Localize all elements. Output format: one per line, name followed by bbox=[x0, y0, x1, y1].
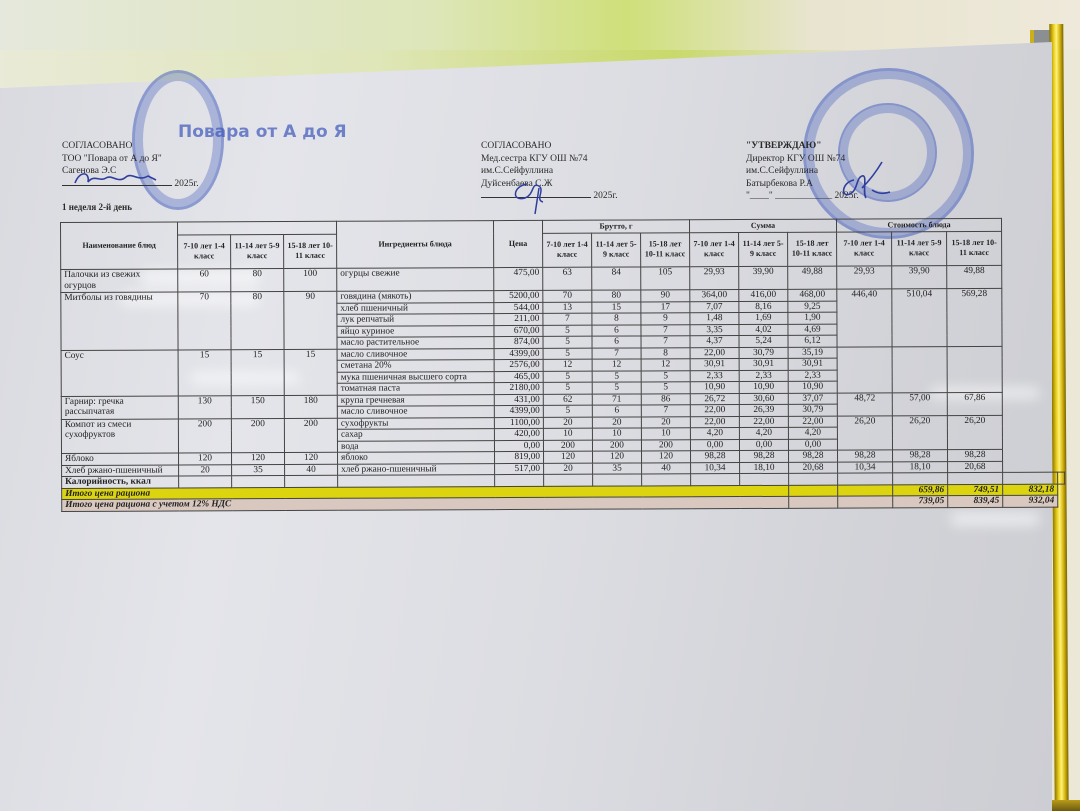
ingredient-name: масло сливочное bbox=[337, 406, 494, 418]
wall-background bbox=[0, 0, 1080, 50]
ingredient-sum: 4,20 bbox=[690, 428, 739, 440]
dish-cost: 26,20 bbox=[947, 415, 1002, 450]
ingredient-brutto: 40 bbox=[642, 462, 691, 474]
ingredient-name: вода bbox=[337, 440, 494, 452]
ingredient-price: 420,00 bbox=[494, 428, 543, 440]
ingredient-sum: 26,39 bbox=[739, 404, 788, 416]
ingredient-sum: 30,79 bbox=[739, 347, 788, 359]
dish-cost: 569,28 bbox=[947, 288, 1002, 346]
header-age-group: 7-10 лет 1-4 класс bbox=[543, 233, 592, 268]
approval-org: ТОО "Повара от А до Я" bbox=[62, 153, 199, 166]
calories-cell bbox=[544, 474, 593, 486]
calories-label: Калорийность, ккал bbox=[62, 476, 179, 488]
ingredient-brutto: 5 bbox=[543, 348, 592, 360]
ingredient-sum: 30,91 bbox=[788, 358, 837, 370]
ingredient-sum: 3,35 bbox=[690, 324, 739, 336]
ingredient-price: 819,00 bbox=[495, 451, 544, 463]
header-age-group: 7-10 лет 1-4 класс bbox=[837, 232, 892, 267]
calories-cell bbox=[691, 474, 740, 486]
dish-cost: 49,88 bbox=[947, 265, 1002, 288]
header-age-group: 11-14 лет 5-9 класс bbox=[892, 231, 947, 266]
ingredient-brutto: 120 bbox=[593, 451, 642, 463]
ingredient-brutto: 10 bbox=[641, 428, 690, 440]
dish-portion: 15 bbox=[231, 349, 284, 395]
ingredient-brutto: 35 bbox=[593, 462, 642, 474]
signature-supplier bbox=[70, 168, 160, 190]
ingredient-price: 5200,00 bbox=[494, 290, 543, 302]
ingredient-brutto: 5 bbox=[543, 382, 592, 394]
dish-cost bbox=[947, 346, 1002, 392]
header-cost: Стоимость блюда bbox=[836, 218, 1001, 231]
ingredient-brutto: 20 bbox=[641, 416, 690, 428]
dish-cost: 18,10 bbox=[893, 461, 948, 473]
calories-cell bbox=[232, 476, 285, 488]
signature-director bbox=[832, 158, 892, 208]
ingredient-price: 431,00 bbox=[494, 394, 543, 406]
total-value: 749,51 bbox=[948, 484, 1003, 496]
ingredient-sum: 2,33 bbox=[788, 370, 837, 382]
total-empty bbox=[789, 485, 838, 497]
dish-cost: 98,28 bbox=[893, 450, 948, 462]
ingredient-sum: 4,37 bbox=[690, 336, 739, 348]
header-portion-group bbox=[178, 221, 337, 234]
dish-cost bbox=[837, 346, 892, 392]
dish-portion: 200 bbox=[284, 418, 337, 453]
ingredient-name: говядина (мякоть) bbox=[337, 291, 494, 303]
ingredient-sum: 416,00 bbox=[739, 289, 788, 301]
ingredient-price: 465,00 bbox=[494, 371, 543, 383]
dish-portion: 90 bbox=[284, 291, 337, 349]
calories-cell bbox=[893, 473, 948, 485]
approval-title: "УТВЕРЖДАЮ" bbox=[746, 140, 859, 153]
dish-name: Гарнир: гречка рассыпчатая bbox=[61, 395, 178, 419]
ingredient-brutto: 120 bbox=[544, 451, 593, 463]
ingredient-sum: 37,07 bbox=[788, 393, 837, 405]
total-value: 739,05 bbox=[893, 496, 948, 508]
menu-table: Наименование блюд Ингредиенты блюда Цена… bbox=[60, 218, 1065, 512]
header-sum: Сумма bbox=[689, 219, 836, 232]
dish-portion: 200 bbox=[231, 418, 284, 453]
approval-date: 2025г. bbox=[174, 179, 198, 189]
total-empty bbox=[838, 484, 893, 496]
ingredient-brutto: 10 bbox=[543, 428, 592, 440]
ingredient-brutto: 200 bbox=[641, 439, 690, 451]
ingredient-brutto: 62 bbox=[543, 394, 592, 406]
calories-cell bbox=[1058, 472, 1065, 484]
ingredient-brutto: 5 bbox=[592, 370, 641, 382]
ingredient-sum: 10,90 bbox=[788, 381, 837, 393]
total-label: Итого цена рациона с учетом 12% НДС bbox=[62, 496, 789, 511]
dish-name: Компот из смеси сухофруктов bbox=[61, 418, 178, 453]
dish-cost: 26,20 bbox=[837, 415, 892, 450]
dish-portion: 35 bbox=[232, 464, 285, 476]
ingredient-brutto: 12 bbox=[592, 359, 641, 371]
ingredient-brutto: 200 bbox=[543, 440, 592, 452]
total-value: 932,04 bbox=[1003, 495, 1058, 507]
ingredient-sum: 22,00 bbox=[690, 405, 739, 417]
ingredient-brutto: 20 bbox=[543, 417, 592, 429]
ingredient-sum: 30,91 bbox=[739, 358, 788, 370]
ingredient-brutto: 5 bbox=[641, 370, 690, 382]
dish-cost: 29,93 bbox=[837, 266, 892, 289]
ingredient-sum: 4,02 bbox=[739, 324, 788, 336]
dish-portion: 20 bbox=[179, 464, 232, 476]
ingredient-sum: 98,28 bbox=[740, 450, 789, 462]
ingredient-name: хлеб пшеничный bbox=[337, 302, 494, 314]
ingredient-price: 475,00 bbox=[494, 267, 543, 290]
dish-portion: 200 bbox=[178, 418, 231, 453]
ingredient-sum: 0,00 bbox=[788, 439, 837, 451]
ingredient-brutto: 63 bbox=[543, 267, 592, 290]
ingredient-brutto: 15 bbox=[592, 301, 641, 313]
ingredient-brutto: 7 bbox=[641, 336, 690, 348]
ingredient-brutto: 8 bbox=[641, 347, 690, 359]
calories-cell bbox=[495, 474, 544, 486]
ingredient-brutto: 5 bbox=[543, 405, 592, 417]
dish-cost: 48,72 bbox=[837, 392, 892, 415]
header-ingredients: Ингредиенты блюда bbox=[336, 221, 493, 269]
ingredient-brutto: 5 bbox=[592, 382, 641, 394]
total-value: 832,18 bbox=[1003, 484, 1058, 496]
ingredient-brutto: 9 bbox=[641, 313, 690, 325]
ingredient-sum: 98,28 bbox=[789, 450, 838, 462]
ingredient-sum: 1,48 bbox=[690, 313, 739, 325]
dish-portion: 15 bbox=[178, 349, 231, 395]
ingredient-price: 1100,00 bbox=[494, 417, 543, 429]
ingredient-sum: 35,19 bbox=[788, 347, 837, 359]
approval-title: СОГЛАСОВАНО bbox=[481, 140, 618, 153]
ingredient-sum: 18,10 bbox=[740, 462, 789, 474]
ingredient-price: 2180,00 bbox=[494, 382, 543, 394]
ingredient-brutto: 5 bbox=[543, 371, 592, 383]
dish-cost: 98,28 bbox=[948, 449, 1003, 461]
total-value: 839,45 bbox=[948, 495, 1003, 507]
approval-date: 2025г. bbox=[593, 191, 617, 201]
ingredient-sum: 26,72 bbox=[690, 393, 739, 405]
header-brutto: Брутто, г bbox=[542, 220, 689, 233]
header-age-group: 7-10 лет 1-4 класс bbox=[178, 234, 231, 269]
dish-portion: 150 bbox=[231, 395, 284, 418]
ingredient-brutto: 200 bbox=[592, 439, 641, 451]
ingredient-sum: 30,91 bbox=[690, 359, 739, 371]
ingredient-brutto: 7 bbox=[641, 324, 690, 336]
ingredient-name: томатная паста bbox=[337, 383, 494, 395]
ingredient-brutto: 7 bbox=[641, 405, 690, 417]
approval-org: Мед.сестра КГУ ОШ №74 bbox=[481, 153, 618, 166]
ingredient-sum: 8,16 bbox=[739, 301, 788, 313]
ingredient-brutto: 12 bbox=[543, 359, 592, 371]
header-age-group: 15-18 лет 10-11 класс bbox=[284, 234, 337, 269]
total-value: 659,86 bbox=[893, 484, 948, 496]
ingredient-brutto: 20 bbox=[592, 416, 641, 428]
dish-name: Хлеб ржано-пшеничный bbox=[62, 464, 179, 476]
dish-cost: 26,20 bbox=[892, 415, 947, 450]
ingredient-brutto: 12 bbox=[641, 359, 690, 371]
dish-name: Палочки из свежих огурцов bbox=[61, 269, 178, 293]
stamp-left-text: Повара от А до Я bbox=[178, 122, 347, 142]
ingredient-sum: 22,00 bbox=[690, 347, 739, 359]
ingredient-brutto: 6 bbox=[592, 336, 641, 348]
ingredient-price: 4399,00 bbox=[494, 405, 543, 417]
ingredient-sum: 1,90 bbox=[788, 312, 837, 324]
dish-cost: 10,34 bbox=[838, 461, 893, 473]
dish-cost: 98,28 bbox=[838, 450, 893, 462]
ingredient-sum: 4,20 bbox=[739, 427, 788, 439]
dish-cost: 20,68 bbox=[948, 461, 1003, 473]
calories-cell bbox=[285, 475, 338, 487]
dish-portion: 80 bbox=[231, 292, 284, 350]
dish-name: Яблоко bbox=[62, 453, 179, 465]
ingredient-sum: 2,33 bbox=[690, 370, 739, 382]
dish-portion: 80 bbox=[231, 269, 284, 292]
calories-cell bbox=[593, 474, 642, 486]
calories-cell bbox=[838, 473, 893, 485]
total-empty bbox=[789, 496, 838, 508]
header-age-group: 11-14 лет 5-9 класс bbox=[231, 234, 284, 269]
ingredient-brutto: 70 bbox=[543, 290, 592, 302]
ingredient-name: сухофрукты bbox=[337, 417, 494, 429]
ingredient-name: сметана 20% bbox=[337, 360, 494, 372]
dish-portion: 180 bbox=[284, 395, 337, 418]
ingredient-name: масло растительное bbox=[337, 337, 494, 349]
ingredient-price: 874,00 bbox=[494, 336, 543, 348]
header-age-group: 11-14 лет 5-9 класс bbox=[739, 232, 788, 267]
ingredient-name: крупа гречневая bbox=[337, 394, 494, 406]
calories-cell bbox=[789, 473, 838, 485]
ingredient-price: 517,00 bbox=[495, 463, 544, 475]
week-day-label: 1 неделя 2-й день bbox=[62, 202, 132, 212]
header-price: Цена bbox=[493, 220, 542, 267]
ingredient-brutto: 80 bbox=[592, 290, 641, 302]
ingredient-sum: 9,25 bbox=[788, 301, 837, 313]
signature-nurse bbox=[505, 176, 555, 216]
ingredient-brutto: 105 bbox=[641, 267, 690, 290]
calories-cell bbox=[338, 475, 495, 487]
ingredient-price: 544,00 bbox=[494, 302, 543, 314]
ingredient-brutto: 71 bbox=[592, 393, 641, 405]
dish-cost bbox=[892, 346, 947, 392]
ingredient-brutto: 20 bbox=[544, 463, 593, 475]
ingredient-sum: 4,69 bbox=[788, 324, 837, 336]
ingredient-sum: 10,90 bbox=[690, 382, 739, 394]
ingredient-name: яблоко bbox=[338, 452, 495, 464]
ingredient-sum: 5,24 bbox=[739, 335, 788, 347]
ingredient-brutto: 90 bbox=[641, 290, 690, 302]
ingredient-sum: 29,93 bbox=[690, 267, 739, 290]
ingredient-brutto: 6 bbox=[592, 324, 641, 336]
ingredient-name: сахар bbox=[337, 429, 494, 441]
ingredient-sum: 1,69 bbox=[739, 312, 788, 324]
ingredient-sum: 4,20 bbox=[788, 427, 837, 439]
ingredient-price: 2576,00 bbox=[494, 359, 543, 371]
dish-portion: 15 bbox=[284, 349, 337, 395]
dish-cost: 67,86 bbox=[947, 392, 1002, 415]
header-age-group: 15-18 лет 10-11 класс bbox=[641, 232, 690, 267]
ingredient-brutto: 17 bbox=[641, 301, 690, 313]
ingredient-name: лук репчатый bbox=[337, 314, 494, 326]
ingredient-brutto: 5 bbox=[543, 325, 592, 337]
dish-cost: 39,90 bbox=[892, 266, 947, 289]
dish-name: Митболы из говядины bbox=[61, 292, 178, 350]
ingredient-sum: 39,90 bbox=[739, 266, 788, 289]
ingredient-sum: 10,34 bbox=[691, 462, 740, 474]
header-age-group: 7-10 лет 1-4 класс bbox=[690, 232, 739, 267]
ingredient-brutto: 5 bbox=[543, 336, 592, 348]
ingredient-sum: 0,00 bbox=[690, 439, 739, 451]
dish-cost: 57,00 bbox=[892, 392, 947, 415]
dish-portion: 100 bbox=[284, 268, 337, 291]
ingredient-brutto: 7 bbox=[592, 347, 641, 359]
dish-portion: 70 bbox=[178, 292, 231, 350]
ingredient-brutto: 10 bbox=[592, 428, 641, 440]
dish-portion: 120 bbox=[285, 452, 338, 464]
dish-cost: 510,04 bbox=[892, 289, 947, 347]
dish-name: Соус bbox=[61, 349, 178, 396]
ingredient-name: яйцо куриное bbox=[337, 325, 494, 337]
dish-portion: 130 bbox=[178, 395, 231, 418]
ingredient-brutto: 86 bbox=[641, 393, 690, 405]
ingredient-sum: 10,90 bbox=[739, 381, 788, 393]
ingredient-sum: 98,28 bbox=[691, 451, 740, 463]
calories-cell bbox=[740, 473, 789, 485]
ingredient-sum: 22,00 bbox=[690, 416, 739, 428]
approval-title: СОГЛАСОВАНО bbox=[62, 140, 199, 153]
ingredient-name: мука пшеничная высшего сорта bbox=[337, 371, 494, 383]
ingredient-name: хлеб ржано-пшеничный bbox=[338, 463, 495, 475]
total-empty bbox=[838, 496, 893, 508]
ingredient-brutto: 13 bbox=[543, 302, 592, 314]
ingredient-brutto: 7 bbox=[543, 313, 592, 325]
ingredient-sum: 30,79 bbox=[788, 404, 837, 416]
ingredient-brutto: 5 bbox=[641, 382, 690, 394]
header-dish: Наименование блюд bbox=[61, 222, 178, 270]
ingredient-brutto: 6 bbox=[592, 405, 641, 417]
ingredient-price: 4399,00 bbox=[494, 348, 543, 360]
dish-portion: 60 bbox=[178, 269, 231, 292]
ingredient-sum: 49,88 bbox=[788, 266, 837, 289]
header-age-group: 15-18 лет 10-11 класс bbox=[947, 231, 1002, 266]
ingredient-brutto: 120 bbox=[642, 451, 691, 463]
calories-cell bbox=[179, 476, 232, 488]
calories-cell bbox=[1003, 472, 1058, 484]
header-age-group: 15-18 лет 10-11 класс bbox=[788, 232, 837, 267]
ingredient-name: огурцы свежие bbox=[337, 268, 494, 292]
dish-portion: 120 bbox=[179, 453, 232, 465]
ingredient-sum: 2,33 bbox=[739, 370, 788, 382]
calories-cell bbox=[642, 474, 691, 486]
ingredient-sum: 20,68 bbox=[789, 462, 838, 474]
ingredient-brutto: 8 bbox=[592, 313, 641, 325]
ingredient-sum: 364,00 bbox=[690, 290, 739, 302]
ingredient-price: 0,00 bbox=[494, 440, 543, 452]
ingredient-sum: 7,07 bbox=[690, 301, 739, 313]
ingredient-name: масло сливочное bbox=[337, 348, 494, 360]
ingredient-brutto: 84 bbox=[592, 267, 641, 290]
ingredient-price: 211,00 bbox=[494, 313, 543, 325]
ingredient-sum: 22,00 bbox=[788, 416, 837, 428]
dish-portion: 120 bbox=[232, 453, 285, 465]
ingredient-sum: 468,00 bbox=[788, 289, 837, 301]
ingredient-sum: 22,00 bbox=[739, 416, 788, 428]
header-age-group: 11-14 лет 5-9 класс bbox=[592, 233, 641, 268]
ingredient-sum: 6,12 bbox=[788, 335, 837, 347]
ingredient-price: 670,00 bbox=[494, 325, 543, 337]
ingredient-sum: 0,00 bbox=[739, 439, 788, 451]
ingredient-sum: 30,60 bbox=[739, 393, 788, 405]
dish-portion: 40 bbox=[285, 464, 338, 476]
calories-cell bbox=[948, 472, 1003, 484]
glare bbox=[950, 512, 1040, 526]
dish-cost: 446,40 bbox=[837, 289, 892, 347]
